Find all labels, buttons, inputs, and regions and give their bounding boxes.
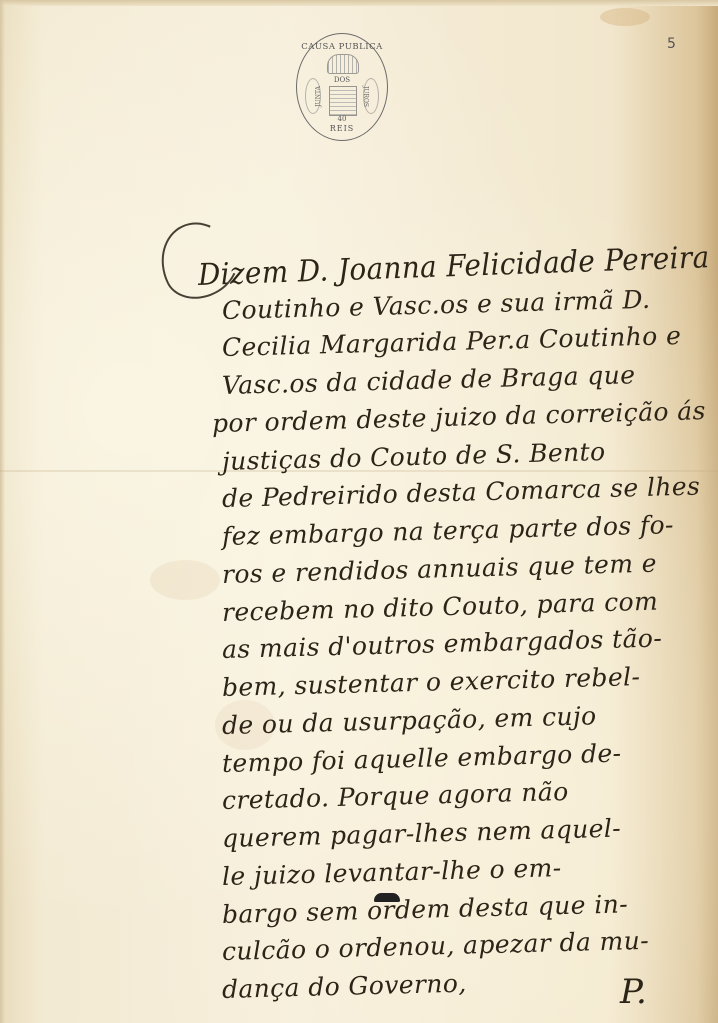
manuscript-line: por ordem deste juizo da correição ás [212,396,706,438]
manuscript-line: tempo foi aquelle embargo de- [222,739,622,778]
manuscript-line: justiças do Couto de S. Bento [222,437,606,476]
manuscript-line: recebem no dito Couto, para com [222,587,659,627]
manuscript-line: cretado. Porque agora não [222,777,569,815]
manuscript-line: bargo sem ordem desta que in- [222,889,629,929]
manuscript-line: dança do Governo, [222,969,467,1004]
manuscript-line: Coutinho e Vasc.os e sua irmã D. [222,285,651,325]
manuscript-page: 5 CAUSA PUBLICA DOS JUNTA JUROS 40 REIS … [0,0,718,1023]
handwritten-text: Dizem D. Joanna Felicidade Pereira Couti… [0,0,718,1023]
signature-mark: P. [620,972,647,1012]
ink-blot [374,893,400,902]
manuscript-line: culcão o ordenou, apezar da mu- [222,926,650,966]
manuscript-line: Vasc.os da cidade de Braga que [222,360,636,400]
manuscript-line: as mais d'outros embargados tão- [222,623,663,664]
manuscript-line: fez embargo na terça parte dos fo- [222,510,675,551]
manuscript-line: de ou da usurpação, em cujo [222,701,597,740]
manuscript-line: le juizo levantar-lhe o em- [222,853,562,891]
manuscript-line: bem, sustentar o exercito rebel- [222,662,641,702]
manuscript-line: de Pedreirido desta Comarca se lhes [222,471,701,513]
manuscript-line: Cecilia Margarida Per.a Coutinho e [222,321,682,362]
manuscript-line: ros e rendidos annuais que tem e [222,549,658,589]
manuscript-line: querem pagar-lhes nem aquel- [222,814,622,853]
